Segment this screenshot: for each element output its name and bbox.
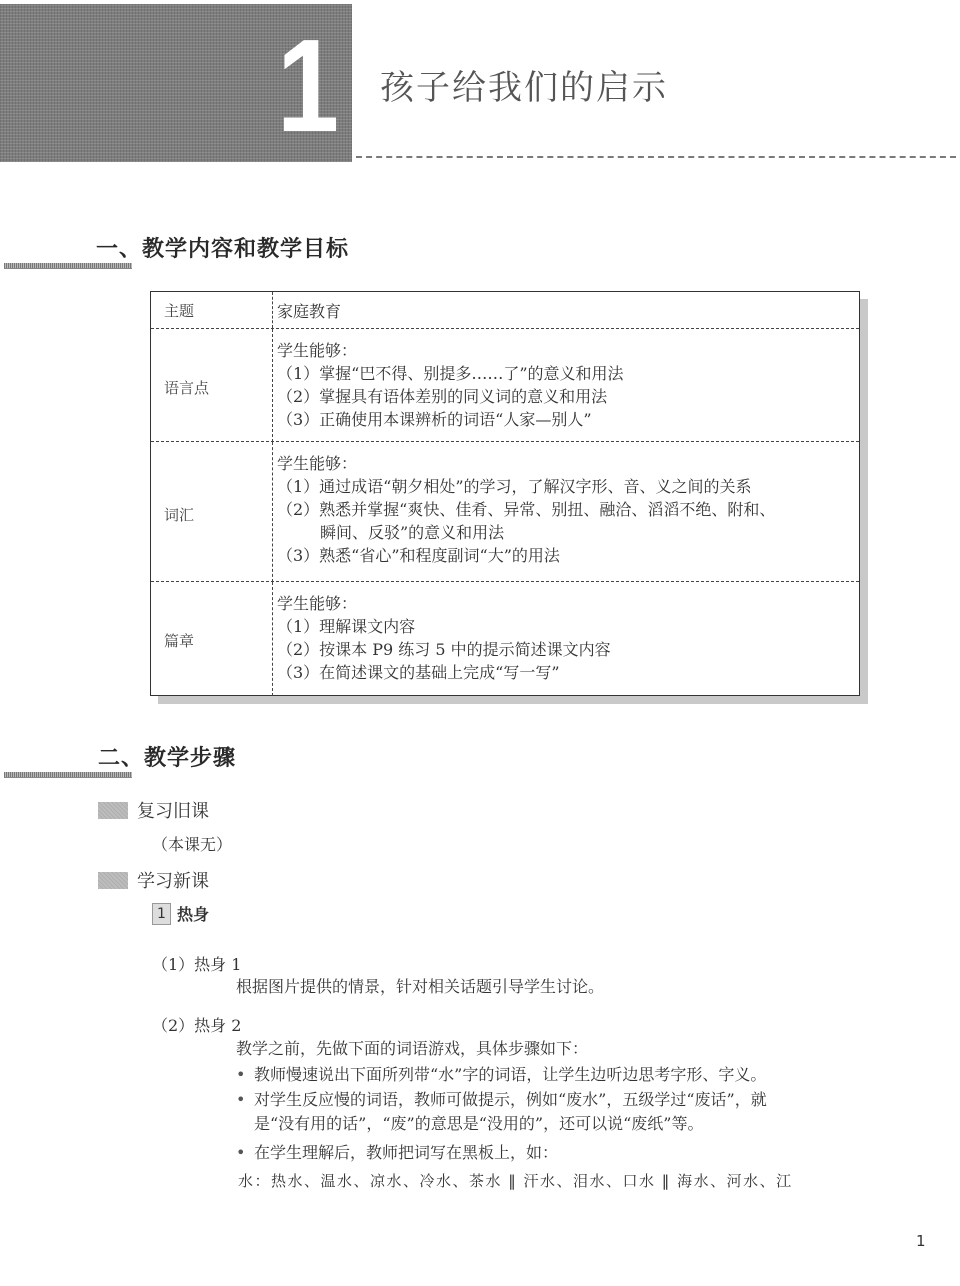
row-label: 主题 xyxy=(164,300,194,323)
column-divider xyxy=(272,442,273,582)
cell-text: （3）正确使用本课辨析的词语“人家—别人” xyxy=(277,408,853,431)
table-row-language-points: 语言点 学生能够： （1）掌握“巴不得、别提多……了”的意义和用法 （2）掌握具… xyxy=(151,328,859,442)
column-divider xyxy=(272,329,273,442)
bullet-text: 在学生理解后，教师把词写在黑板上，如： xyxy=(254,1143,558,1162)
warmup1-title: （1）热身 1 xyxy=(152,952,241,975)
section-marker-icon xyxy=(98,802,128,819)
page-number: 1 xyxy=(916,1232,926,1250)
column-divider xyxy=(272,582,273,696)
bullet-text-continued: 是“没有用的话”，“废”的意思是“没用的”，还可以说“废纸”等。 xyxy=(236,1112,767,1136)
row-label: 词汇 xyxy=(164,504,194,527)
bullet-item: •对学生反应慢的词语，教师可做提示，例如“废水”，五级学过“废话”，就 是“没有… xyxy=(236,1088,767,1136)
section-underline xyxy=(4,263,132,269)
cell-text: 学生能够： xyxy=(277,452,853,475)
cell-text: （2）熟悉并掌握“爽快、佳肴、异常、别扭、融洽、滔滔不绝、附和、 xyxy=(277,498,853,521)
cell-text: （3）熟悉“省心”和程度副词“大”的用法 xyxy=(277,544,853,567)
cell-text: 学生能够： xyxy=(277,339,853,362)
bullet-icon: • xyxy=(236,1088,254,1112)
review-note: （本课无） xyxy=(152,832,232,855)
subheading-review: 复习旧课 xyxy=(98,797,209,823)
cell-text: （1）理解课文内容 xyxy=(277,615,853,638)
warmup1-text: 根据图片提供的情景，针对相关话题引导学生讨论。 xyxy=(236,974,604,997)
section-heading-steps: 二、教学步骤 xyxy=(98,741,236,772)
row-label: 篇章 xyxy=(164,630,194,653)
cell-text: 家庭教育 xyxy=(277,300,853,323)
warmup2-intro: 教学之前，先做下面的词语游戏，具体步骤如下： xyxy=(236,1036,588,1059)
cell-text: （1）掌握“巴不得、别提多……了”的意义和用法 xyxy=(277,362,853,385)
subheading-new-lesson: 学习新课 xyxy=(98,867,209,893)
column-divider xyxy=(272,292,273,328)
table-row-discourse: 篇章 学生能够： （1）理解课文内容 （2）按课本 P9 练习 5 中的提示简述… xyxy=(151,581,859,696)
step-title: 热身 xyxy=(177,902,209,925)
subheading-text: 复习旧课 xyxy=(137,797,209,823)
subheading-text: 学习新课 xyxy=(137,867,209,893)
table-row-vocabulary: 词汇 学生能够： （1）通过成语“朝夕相处”的学习，了解汉字形、音、义之间的关系… xyxy=(151,441,859,582)
bullet-text: 教师慢速说出下面所列带“水”字的词语，让学生边听边思考字形、字义。 xyxy=(254,1065,766,1084)
cell-text: （2）按课本 P9 练习 5 中的提示简述课文内容 xyxy=(277,638,853,661)
section-underline xyxy=(4,772,132,778)
cell-text: （2）掌握具有语体差别的同义词的意义和用法 xyxy=(277,385,853,408)
bullet-item: •教师慢速说出下面所列带“水”字的词语，让学生边听边思考字形、字义。 xyxy=(236,1063,766,1087)
section-heading-objectives: 一、教学内容和教学目标 xyxy=(96,232,349,263)
chapter-divider xyxy=(356,156,956,158)
step-heading: 1 热身 xyxy=(152,902,209,925)
row-label: 语言点 xyxy=(164,377,209,400)
cell-text: 瞬间、反驳”的意义和用法 xyxy=(277,521,853,544)
bullet-icon: • xyxy=(236,1141,254,1165)
chapter-number: 1 xyxy=(274,30,342,150)
bullet-item: •在学生理解后，教师把词写在黑板上，如： xyxy=(236,1141,558,1165)
section-marker-icon xyxy=(98,872,128,889)
cell-text: （1）通过成语“朝夕相处”的学习，了解汉字形、音、义之间的关系 xyxy=(277,475,853,498)
chapter-title: 孩子给我们的启示 xyxy=(380,60,668,109)
objectives-table: 主题 家庭教育 语言点 学生能够： （1）掌握“巴不得、别提多……了”的意义和用… xyxy=(150,291,860,696)
warmup2-title: （2）热身 2 xyxy=(152,1013,241,1036)
table-row-topic: 主题 家庭教育 xyxy=(151,292,859,328)
step-number-badge: 1 xyxy=(152,903,171,925)
bullet-text: 对学生反应慢的词语，教师可做提示，例如“废水”，五级学过“废话”，就 xyxy=(254,1090,767,1109)
cell-text: （3）在简述课文的基础上完成“写一写” xyxy=(277,661,853,684)
cell-text: 学生能够： xyxy=(277,592,853,615)
bullet-icon: • xyxy=(236,1063,254,1087)
water-word-list: 水：热水、温水、凉水、冷水、茶水 ‖ 汗水、泪水、口水 ‖ 海水、河水、江 xyxy=(238,1170,793,1191)
